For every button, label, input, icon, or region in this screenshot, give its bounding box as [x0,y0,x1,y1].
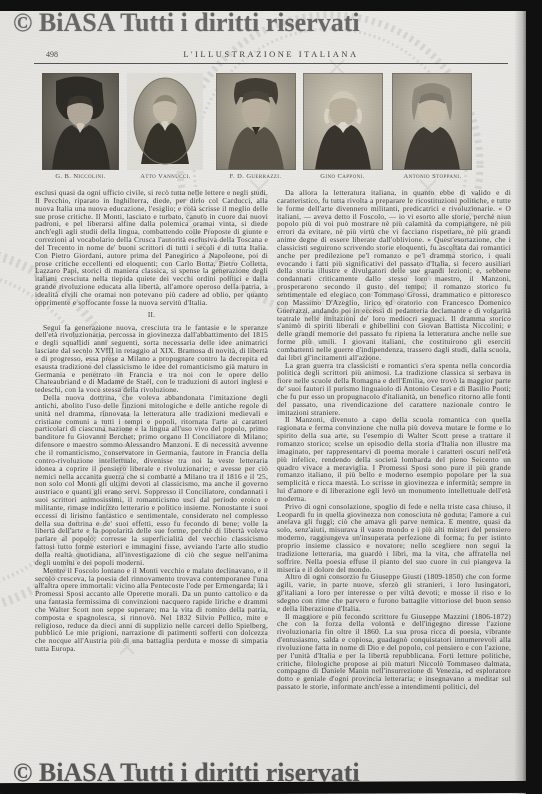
paragraph: Seguì la generazione nuova, cresciuta tr… [35,324,268,395]
portrait-figure-capponi [303,73,383,170]
portrait-figure-stoppani [392,73,472,170]
masthead-title: L'ILLUSTRAZIONE ITALIANA [0,49,542,59]
copyright-watermark-top: © BiASA Tutti i diritti riservati [13,8,360,38]
scan-border-top [0,0,542,11]
paragraph: Altro di ogni consorzio fu Giuseppe Gius… [277,573,511,612]
portrait-figure-vannucci [127,73,203,170]
portrait-image-stoppani [392,73,472,170]
section-heading: II. [35,312,268,320]
header-rule [34,63,508,64]
article-column-left: esclusi quasi da ogni ufficio civile, si… [35,189,268,703]
paragraph: Privo di ogni consolazione, spoglio di f… [277,503,511,574]
portrait-image-vannucci [127,73,203,170]
paragraph: Mentre il Foscolo lontano e il Monti vec… [35,567,268,653]
paragraph: Il Manzoni, divenuto a capo della scuola… [277,416,511,502]
article-column-right: Da allora la letteratura italiana, in qu… [277,189,511,703]
portrait-figure-niccolini [42,73,119,170]
paragraph: Da allora la letteratura italiana, in qu… [277,189,511,362]
scan-border-right [526,0,542,794]
portrait-figure-guerrazzi [216,73,296,170]
paragraph: La gran guerra tra classicisti e romanti… [277,362,511,417]
portrait-image-capponi [303,73,383,170]
portrait-caption-stoppani: Antonio Stoppani. [380,173,485,180]
paragraph: Della nuova dottrina, che voleva abbando… [35,394,268,567]
portrait-image-niccolini [42,73,119,170]
paragraph: esclusi quasi da ogni ufficio civile, si… [35,189,268,307]
scan-border-bottom [0,781,542,794]
page-edge-shadow [514,0,526,794]
paragraph: Il maggiore e più fecondo scrittore fu G… [277,613,511,691]
portrait-image-guerrazzi [216,73,296,170]
scanned-magazine-page: © BiASA Tutti i diritti riservati 498 L'… [0,0,542,794]
